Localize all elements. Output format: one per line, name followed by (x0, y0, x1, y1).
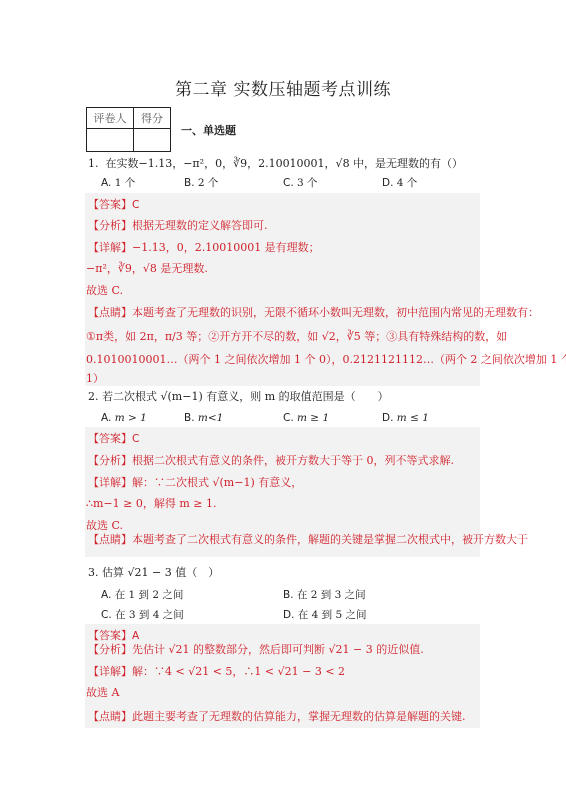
detail-label: 【详解】 (88, 241, 132, 254)
question-1-option-a[interactable]: A. 1 个 (101, 176, 135, 190)
question-2-option-c[interactable]: C. m ≥ 1 (283, 411, 329, 425)
question-number: 1. (88, 157, 99, 170)
question-2-answer: 【答案】C (88, 432, 139, 446)
option-text: 在 4 到 5 之间 (298, 609, 367, 621)
comment-label: 【点睛】 (88, 306, 132, 319)
section-heading: 一、单选题 (181, 122, 236, 138)
option-letter: B. (184, 177, 195, 189)
question-2-conclusion: 故选 C. (86, 519, 123, 533)
option-text: m ≥ 1 (297, 412, 329, 424)
option-text: m ≤ 1 (397, 412, 429, 424)
answer-value: A (132, 630, 139, 642)
option-text: 在 3 到 4 之间 (115, 609, 184, 621)
option-text: 4 个 (397, 177, 418, 189)
option-text: 3 个 (297, 177, 318, 189)
question-number: 3. (88, 566, 99, 579)
option-letter: D. (283, 609, 294, 621)
analysis-label: 【分析】 (88, 219, 132, 232)
question-number: 2. (88, 390, 99, 403)
question-1-comment-line-3: 0.1010010001…（两个 1 之间依次增加 1 个 0），0.21211… (86, 353, 566, 367)
answer-value: C (132, 433, 139, 445)
detail-text: 解：∵4 < √21 < 5，∴1 < √21 − 3 < 2 (132, 665, 345, 678)
question-3-answer: 【答案】A (88, 629, 139, 643)
analysis-text: 先估计 √21 的整数部分，然后即可判断 √21 − 3 的近似值. (132, 643, 424, 656)
question-2-comment-line-1: 【点睛】本题考查了二次根式有意义的条件，解题的关键是掌握二次根式中，被开方数大于 (88, 533, 528, 547)
option-letter: B. (283, 589, 294, 601)
question-1-analysis: 【分析】根据无理数的定义解答即可. (88, 219, 268, 233)
option-text: 在 1 到 2 之间 (115, 589, 184, 601)
question-2-option-a[interactable]: A. m > 1 (101, 411, 147, 425)
page-title: 第二章 实数压轴题考点训练 (0, 75, 566, 100)
option-letter: A. (101, 177, 111, 189)
analysis-label: 【分析】 (88, 454, 132, 467)
question-2-stem: 2. 若二次根式 √(m−1) 有意义，则 m 的取值范围是（ ） (88, 390, 389, 404)
option-letter: C. (101, 609, 112, 621)
analysis-text: 根据无理数的定义解答即可. (132, 219, 268, 232)
question-3-comment-line-1: 【点睛】此题主要考查了无理数的估算能力，掌握无理数的估算是解题的关键. (88, 710, 466, 724)
option-letter: D. (382, 177, 393, 189)
question-1-comment-line-4: 1） (86, 372, 104, 386)
comment-text: 本题考查了二次根式有意义的条件，解题的关键是掌握二次根式中，被开方数大于 (132, 533, 528, 546)
detail-label: 【详解】 (88, 665, 132, 678)
question-3-detail-line-1: 【详解】解：∵4 < √21 < 5，∴1 < √21 − 3 < 2 (88, 665, 345, 679)
question-3-stem: 3. 估算 √21 − 3 值（ ） (88, 566, 219, 580)
question-2-detail-line-1: 【详解】解：∵二次根式 √(m−1) 有意义， (88, 476, 302, 490)
option-text: 2 个 (198, 177, 219, 189)
question-1-option-b[interactable]: B. 2 个 (184, 176, 218, 190)
question-1-option-c[interactable]: C. 3 个 (283, 176, 318, 190)
question-3-option-b[interactable]: B. 在 2 到 3 之间 (283, 588, 366, 602)
answer-label: 【答案】 (88, 198, 132, 211)
option-text: m<1 (198, 412, 223, 424)
answer-value: C (132, 199, 139, 211)
question-1-comment-line-1: 【点睛】本题考查了无理数的识别，无限不循环小数叫无理数，初中范围内常见的无理数有… (88, 306, 539, 320)
question-1-stem: 1. 在实数−1.13，−π²，0，∛9，2.10010001，√8 中，是无理… (88, 157, 463, 171)
answer-label: 【答案】 (88, 629, 132, 642)
analysis-label: 【分析】 (88, 643, 132, 656)
analysis-text: 根据二次根式有意义的条件，被开方数大于等于 0，列不等式求解. (132, 454, 454, 467)
comment-label: 【点睛】 (88, 710, 132, 723)
detail-label: 【详解】 (88, 476, 132, 489)
question-2-analysis: 【分析】根据二次根式有意义的条件，被开方数大于等于 0，列不等式求解. (88, 454, 454, 468)
question-2-detail-line-2: ∴m−1 ≥ 0，解得 m ≥ 1. (86, 497, 217, 511)
question-1-comment-line-2: ①π类，如 2π，π/3 等；②开方开不尽的数，如 √2，∛5 等；③具有特殊结… (86, 330, 507, 344)
document-page: 第二章 实数压轴题考点训练 评卷人 得分 一、单选题 1. 在实数−1.13，−… (0, 0, 566, 800)
question-2-option-b[interactable]: B. m<1 (184, 411, 223, 425)
option-letter: A. (101, 412, 111, 424)
question-3-option-d[interactable]: D. 在 4 到 5 之间 (283, 608, 367, 622)
comment-label: 【点睛】 (88, 533, 132, 546)
question-3-analysis: 【分析】先估计 √21 的整数部分，然后即可判断 √21 − 3 的近似值. (88, 643, 424, 657)
question-1-option-d[interactable]: D. 4 个 (382, 176, 417, 190)
question-1-answer: 【答案】C (88, 198, 139, 212)
stem-text: 若二次根式 √(m−1) 有意义，则 m 的取值范围是（ ） (102, 390, 389, 403)
option-letter: C. (283, 177, 294, 189)
question-2-option-d[interactable]: D. m ≤ 1 (382, 411, 429, 425)
comment-text: 此题主要考查了无理数的估算能力，掌握无理数的估算是解题的关键. (132, 710, 466, 723)
option-text: 在 2 到 3 之间 (297, 589, 366, 601)
score-table-cell-grader (87, 129, 134, 152)
question-1-detail-line-1: 【详解】−1.13，0，2.10010001 是有理数； (88, 241, 320, 255)
option-letter: B. (184, 412, 195, 424)
score-table-header-grader: 评卷人 (87, 108, 134, 129)
question-3-option-c[interactable]: C. 在 3 到 4 之间 (101, 608, 184, 622)
score-table-header-score: 得分 (134, 108, 171, 129)
question-1-conclusion: 故选 C. (86, 284, 123, 298)
option-letter: A. (101, 589, 111, 601)
option-letter: C. (283, 412, 294, 424)
option-text: m > 1 (115, 412, 147, 424)
answer-label: 【答案】 (88, 432, 132, 445)
question-3-conclusion: 故选 A (86, 686, 119, 700)
stem-prefix: 在实数 (106, 157, 139, 170)
option-letter: D. (382, 412, 393, 424)
option-text: 1 个 (115, 177, 136, 189)
score-table: 评卷人 得分 (86, 107, 171, 152)
detail-text: −1.13，0，2.10010001 是有理数； (132, 241, 320, 254)
question-1-detail-line-2: −π²，∛9，√8 是无理数. (86, 262, 208, 276)
detail-text: 解：∵二次根式 √(m−1) 有意义， (132, 476, 302, 489)
stem-items: −1.13，−π²，0，∛9，2.10010001，√8 (139, 157, 350, 170)
stem-suffix: 中，是无理数的有（） (353, 157, 463, 170)
comment-text: 本题考查了无理数的识别，无限不循环小数叫无理数，初中范围内常见的无理数有： (132, 306, 539, 319)
question-3-option-a[interactable]: A. 在 1 到 2 之间 (101, 588, 183, 602)
score-table-cell-score (134, 129, 171, 152)
stem-text: 估算 √21 − 3 值（ ） (102, 566, 219, 579)
